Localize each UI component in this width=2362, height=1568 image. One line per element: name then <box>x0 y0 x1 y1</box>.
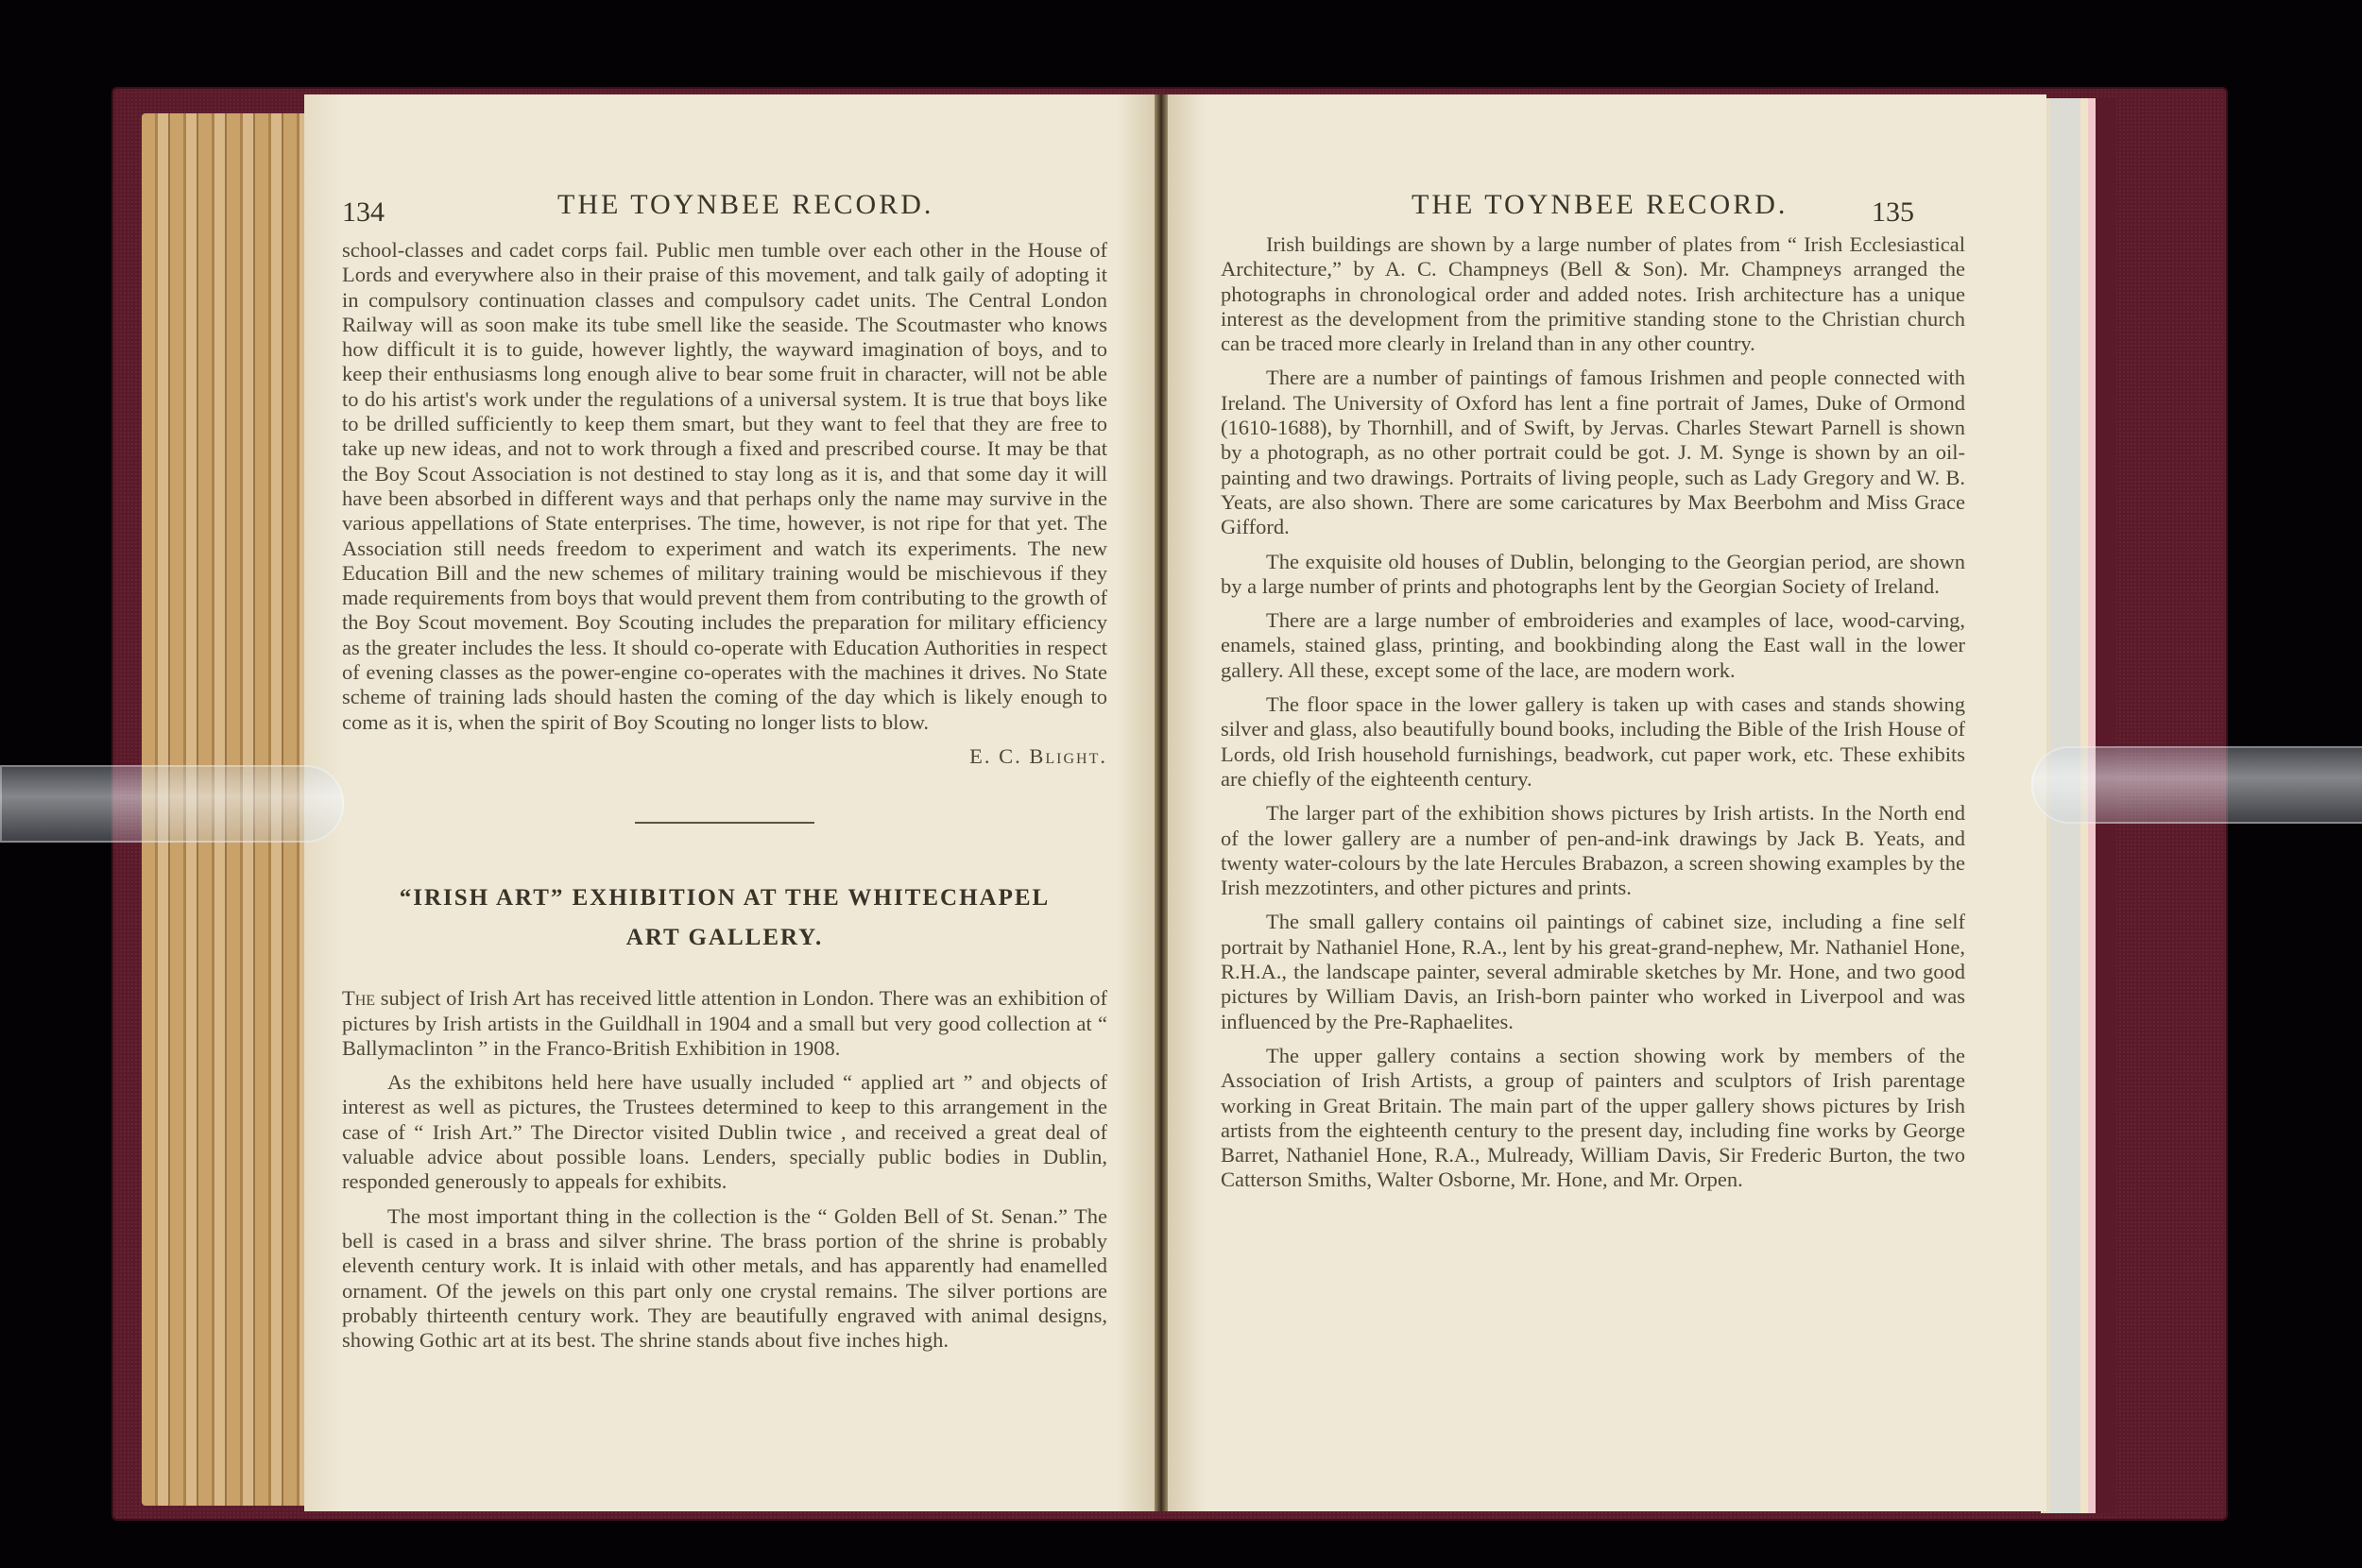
article-heading: “IRISH ART” EXHIBITION AT THE WHITECHAPE… <box>342 878 1107 958</box>
author-signature: E. C. Blight. <box>342 744 1107 769</box>
article-heading-line2: ART GALLERY. <box>342 918 1107 958</box>
paragraph: The subject of Irish Art has received li… <box>342 986 1107 1061</box>
paragraph: The larger part of the exhibition shows … <box>1221 801 1965 900</box>
right-page: THE TOYNBEE RECORD. 135 Irish buildings … <box>1168 94 2046 1511</box>
paragraph: There are a number of paintings of famou… <box>1221 366 1965 539</box>
right-page-body: Irish buildings are shown by a large num… <box>1221 232 1965 1202</box>
left-page: 134 THE TOYNBEE RECORD. school-classes a… <box>304 94 1155 1511</box>
left-page-body: school-classes and cadet corps fail. Pub… <box>342 238 1107 1362</box>
paragraph: The exquisite old houses of Dublin, belo… <box>1221 550 1965 600</box>
paragraph: As the exhibitons held here have usually… <box>342 1070 1107 1194</box>
continued-paragraph: school-classes and cadet corps fail. Pub… <box>342 238 1107 735</box>
running-head: THE TOYNBEE RECORD. <box>1412 189 1788 221</box>
drop-lead: The <box>342 986 375 1010</box>
paragraph: The upper gallery contains a section sho… <box>1221 1044 1965 1193</box>
acrylic-page-clip-left <box>0 765 344 843</box>
article-heading-line1: “IRISH ART” EXHIBITION AT THE WHITECHAPE… <box>342 878 1107 918</box>
section-divider <box>635 822 814 824</box>
paragraph: The small gallery contains oil paintings… <box>1221 910 1965 1033</box>
acrylic-page-clip-right <box>2031 746 2362 824</box>
paragraph: There are a large number of embroideries… <box>1221 608 1965 683</box>
paragraph: The most important thing in the collecti… <box>342 1204 1107 1354</box>
paragraph: The floor space in the lower gallery is … <box>1221 692 1965 792</box>
book-gutter <box>1155 94 1168 1511</box>
page-number: 135 <box>1872 196 1914 229</box>
paragraph: Irish buildings are shown by a large num… <box>1221 232 1965 356</box>
running-head: THE TOYNBEE RECORD. <box>557 189 933 221</box>
page-number: 134 <box>342 196 385 229</box>
